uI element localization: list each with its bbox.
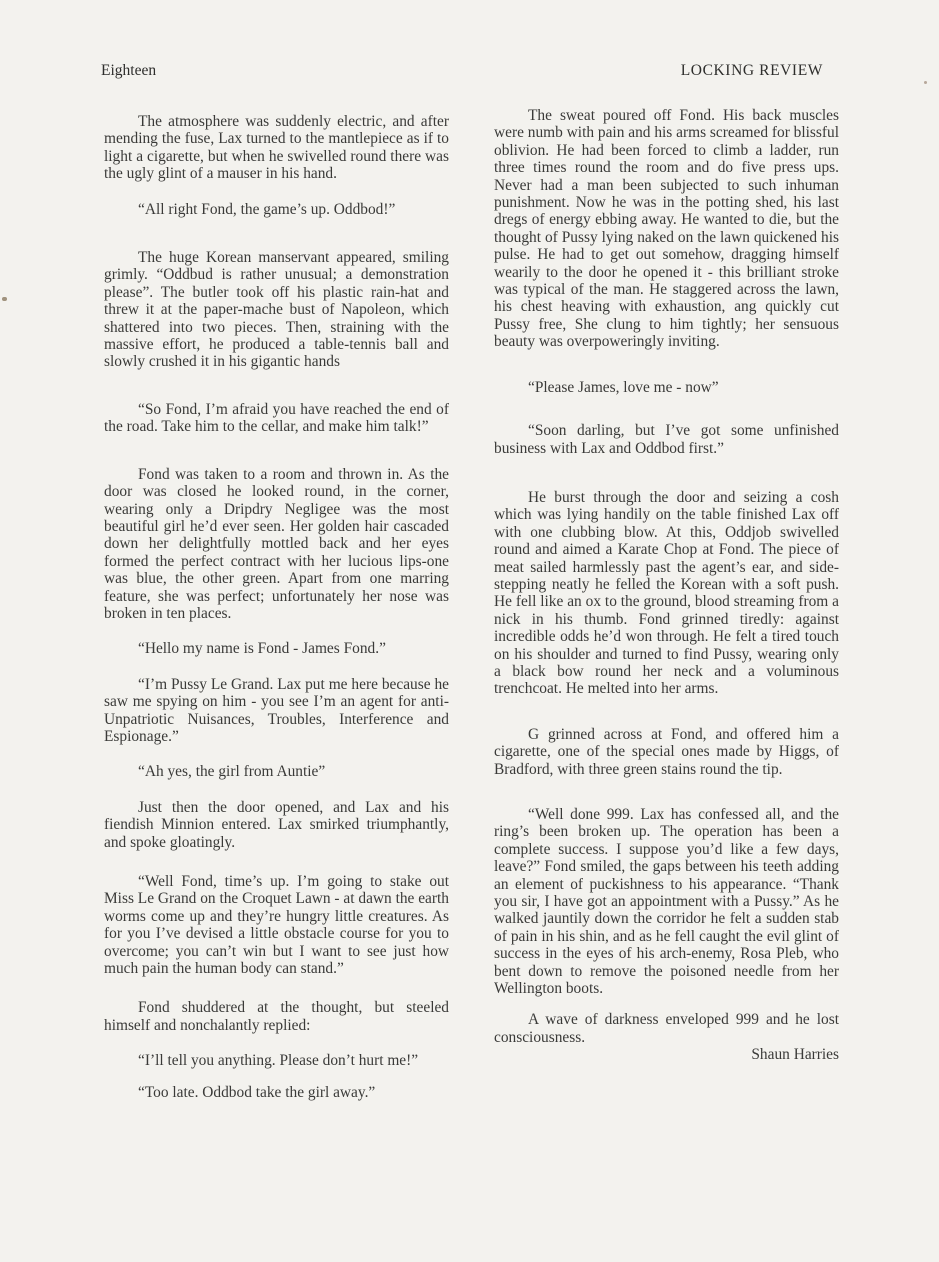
paragraph: Just then the door opened, and Lax and h… [104, 799, 449, 851]
paragraph: “Hello my name is Fond - James Fond.” [104, 640, 449, 657]
paragraph: “Please James, love me - now” [494, 379, 839, 396]
paragraph: “All right Fond, the game’s up. Oddbod!” [104, 201, 449, 218]
paragraph: A wave of darkness enveloped 999 and he … [494, 1011, 839, 1046]
left-column: The atmosphere was suddenly electric, an… [104, 113, 449, 1101]
paragraph: The atmosphere was suddenly electric, an… [104, 113, 449, 183]
page-header: Eighteen LOCKING REVIEW [101, 62, 823, 82]
scan-speck [924, 81, 927, 84]
paragraph: “I’m Pussy Le Grand. Lax put me here bec… [104, 676, 449, 746]
paragraph: “So Fond, I’m afraid you have reached th… [104, 401, 449, 436]
author-signature: Shaun Harries [494, 1046, 839, 1063]
paragraph: The sweat poured off Fond. His back musc… [494, 107, 839, 351]
paragraph: “Too late. Oddbod take the girl away.” [104, 1084, 449, 1101]
scan-blemish [2, 297, 7, 301]
paragraph: Fond shuddered at the thought, but steel… [104, 999, 449, 1034]
paragraph: He burst through the door and seizing a … [494, 489, 839, 698]
paragraph: “I’ll tell you anything. Please don’t hu… [104, 1052, 449, 1069]
page-number: Eighteen [101, 62, 156, 80]
paragraph: “Ah yes, the girl from Auntie” [104, 763, 449, 780]
paragraph: “Well Fond, time’s up. I’m going to stak… [104, 873, 449, 977]
publication-title: LOCKING REVIEW [681, 62, 823, 80]
paragraph: G grinned across at Fond, and offered hi… [494, 726, 839, 778]
paragraph: Fond was taken to a room and thrown in. … [104, 466, 449, 623]
paragraph: “Well done 999. Lax has confessed all, a… [494, 806, 839, 997]
paragraph: The huge Korean manservant appeared, smi… [104, 249, 449, 371]
right-column: The sweat poured off Fond. His back musc… [494, 107, 839, 1064]
paragraph: “Soon darling, but I’ve got some unfinis… [494, 422, 839, 457]
